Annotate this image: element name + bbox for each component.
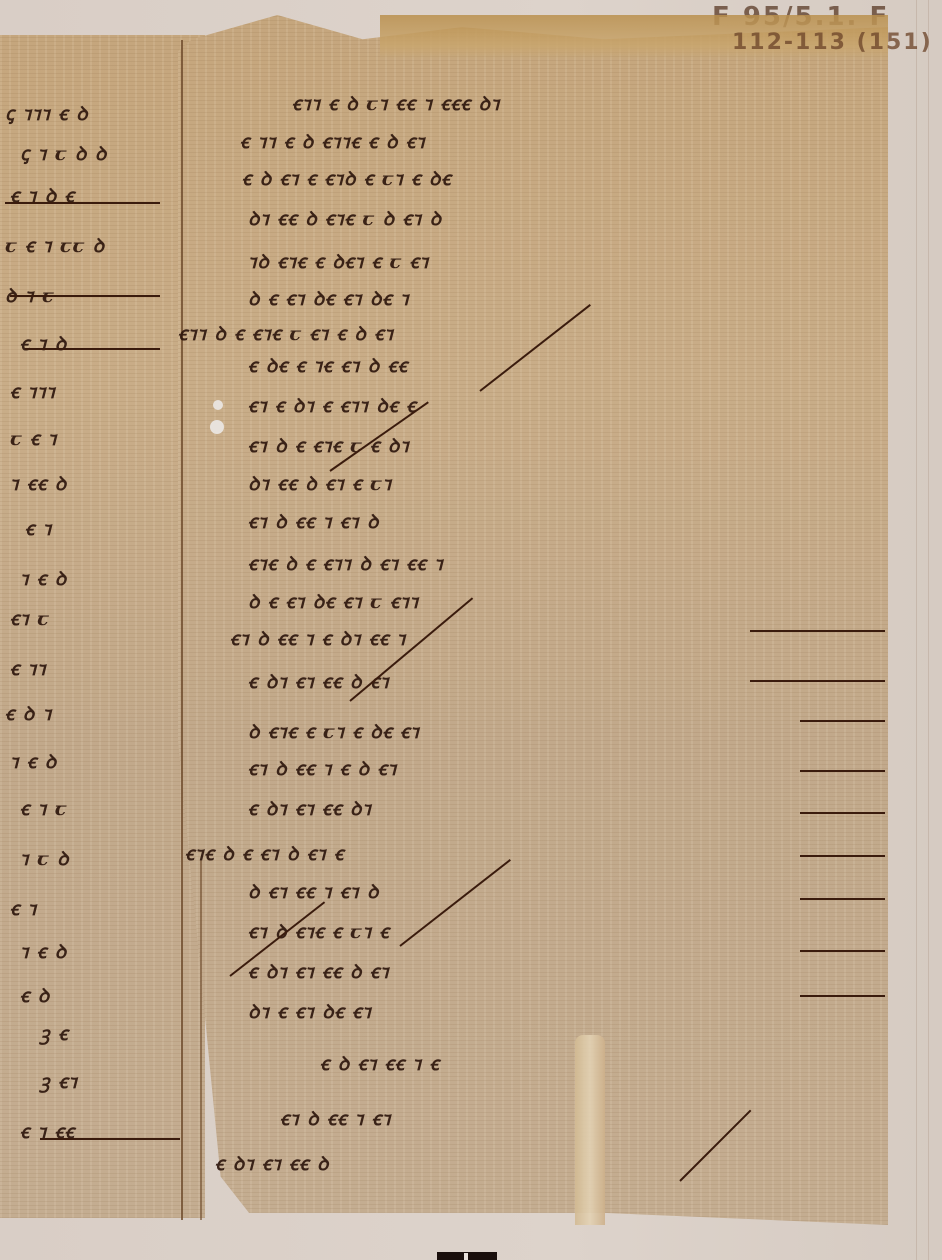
sheet-join [200,860,202,1220]
page-reference-label: 112-113 (151) [732,30,933,55]
mount-edge [928,0,929,1260]
repair-strip [575,1035,605,1225]
scale-bar [437,1252,497,1260]
sheet-join [181,40,183,1220]
photograph: F 95/5.1. F 112-113 (151) ꞔ ꭋꭋꭋ ꞓ ꝺ ꞔ ꭋ … [0,0,942,1260]
papyrus-hole [213,400,223,410]
mount-edge [916,0,917,1260]
papyrus-main-column [178,15,888,1225]
papyrus-hole [210,420,224,434]
